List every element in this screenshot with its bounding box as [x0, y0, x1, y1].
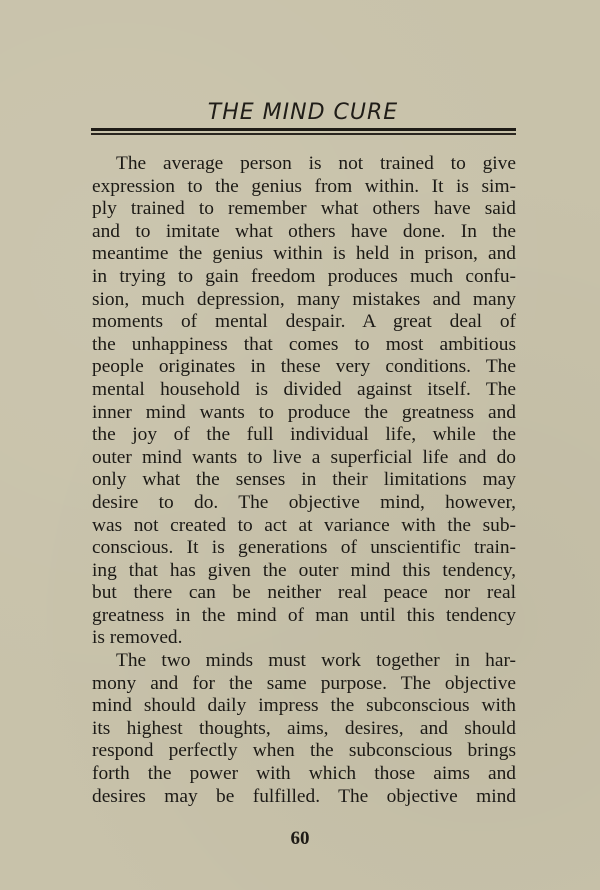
header-rule-thin: [91, 133, 516, 135]
text-line: conscious. It is generations of unscient…: [92, 537, 516, 560]
text-line: desire to do. The objective mind, howeve…: [92, 492, 516, 515]
text-line: is removed.: [92, 627, 516, 650]
text-line: mony and for the same purpose. The objec…: [92, 673, 516, 696]
text-line: inner mind wants to produce the greatnes…: [92, 402, 516, 425]
text-line: the joy of the full individual life, whi…: [92, 424, 516, 447]
text-line: The two minds must work together in har-: [92, 650, 516, 673]
text-line: sion, much depression, many mistakes and…: [92, 289, 516, 312]
text-line: the unhappiness that comes to most ambit…: [92, 334, 516, 357]
text-line: desires may be fulfilled. The objective …: [92, 786, 516, 809]
text-line: ing that has given the outer mind this t…: [92, 560, 516, 583]
text-line: its highest thoughts, aims, desires, and…: [92, 718, 516, 741]
text-line: ply trained to remember what others have…: [92, 198, 516, 221]
text-line: outer mind wants to live a superficial l…: [92, 447, 516, 470]
text-line: people originates in these very conditio…: [92, 356, 516, 379]
text-line: forth the power with which those aims an…: [92, 763, 516, 786]
text-line: greatness in the mind of man until this …: [92, 605, 516, 628]
text-line: mental household is divided against itse…: [92, 379, 516, 402]
text-line: only what the senses in their limitation…: [92, 469, 516, 492]
header-double-rule: [91, 128, 516, 137]
text-line: but there can be neither real peace nor …: [92, 582, 516, 605]
body-text: The average person is not trained to giv…: [92, 153, 516, 808]
text-line: meantime the genius within is held in pr…: [92, 243, 516, 266]
header-rule-thick: [91, 128, 516, 131]
text-line: and to imitate what others have done. In…: [92, 221, 516, 244]
running-title: THE MIND CURE: [90, 100, 516, 125]
text-line: respond perfectly when the subconscious …: [92, 740, 516, 763]
text-line: moments of mental despair. A great deal …: [92, 311, 516, 334]
text-line: expression to the genius from within. It…: [92, 176, 516, 199]
book-page: THE MIND CURE The average person is not …: [0, 0, 600, 890]
text-line: was not created to act at variance with …: [92, 515, 516, 538]
page-number: 60: [0, 828, 600, 850]
text-line: in trying to gain freedom produces much …: [92, 266, 516, 289]
text-line: mind should daily impress the subconscio…: [92, 695, 516, 718]
text-line: The average person is not trained to giv…: [92, 153, 516, 176]
